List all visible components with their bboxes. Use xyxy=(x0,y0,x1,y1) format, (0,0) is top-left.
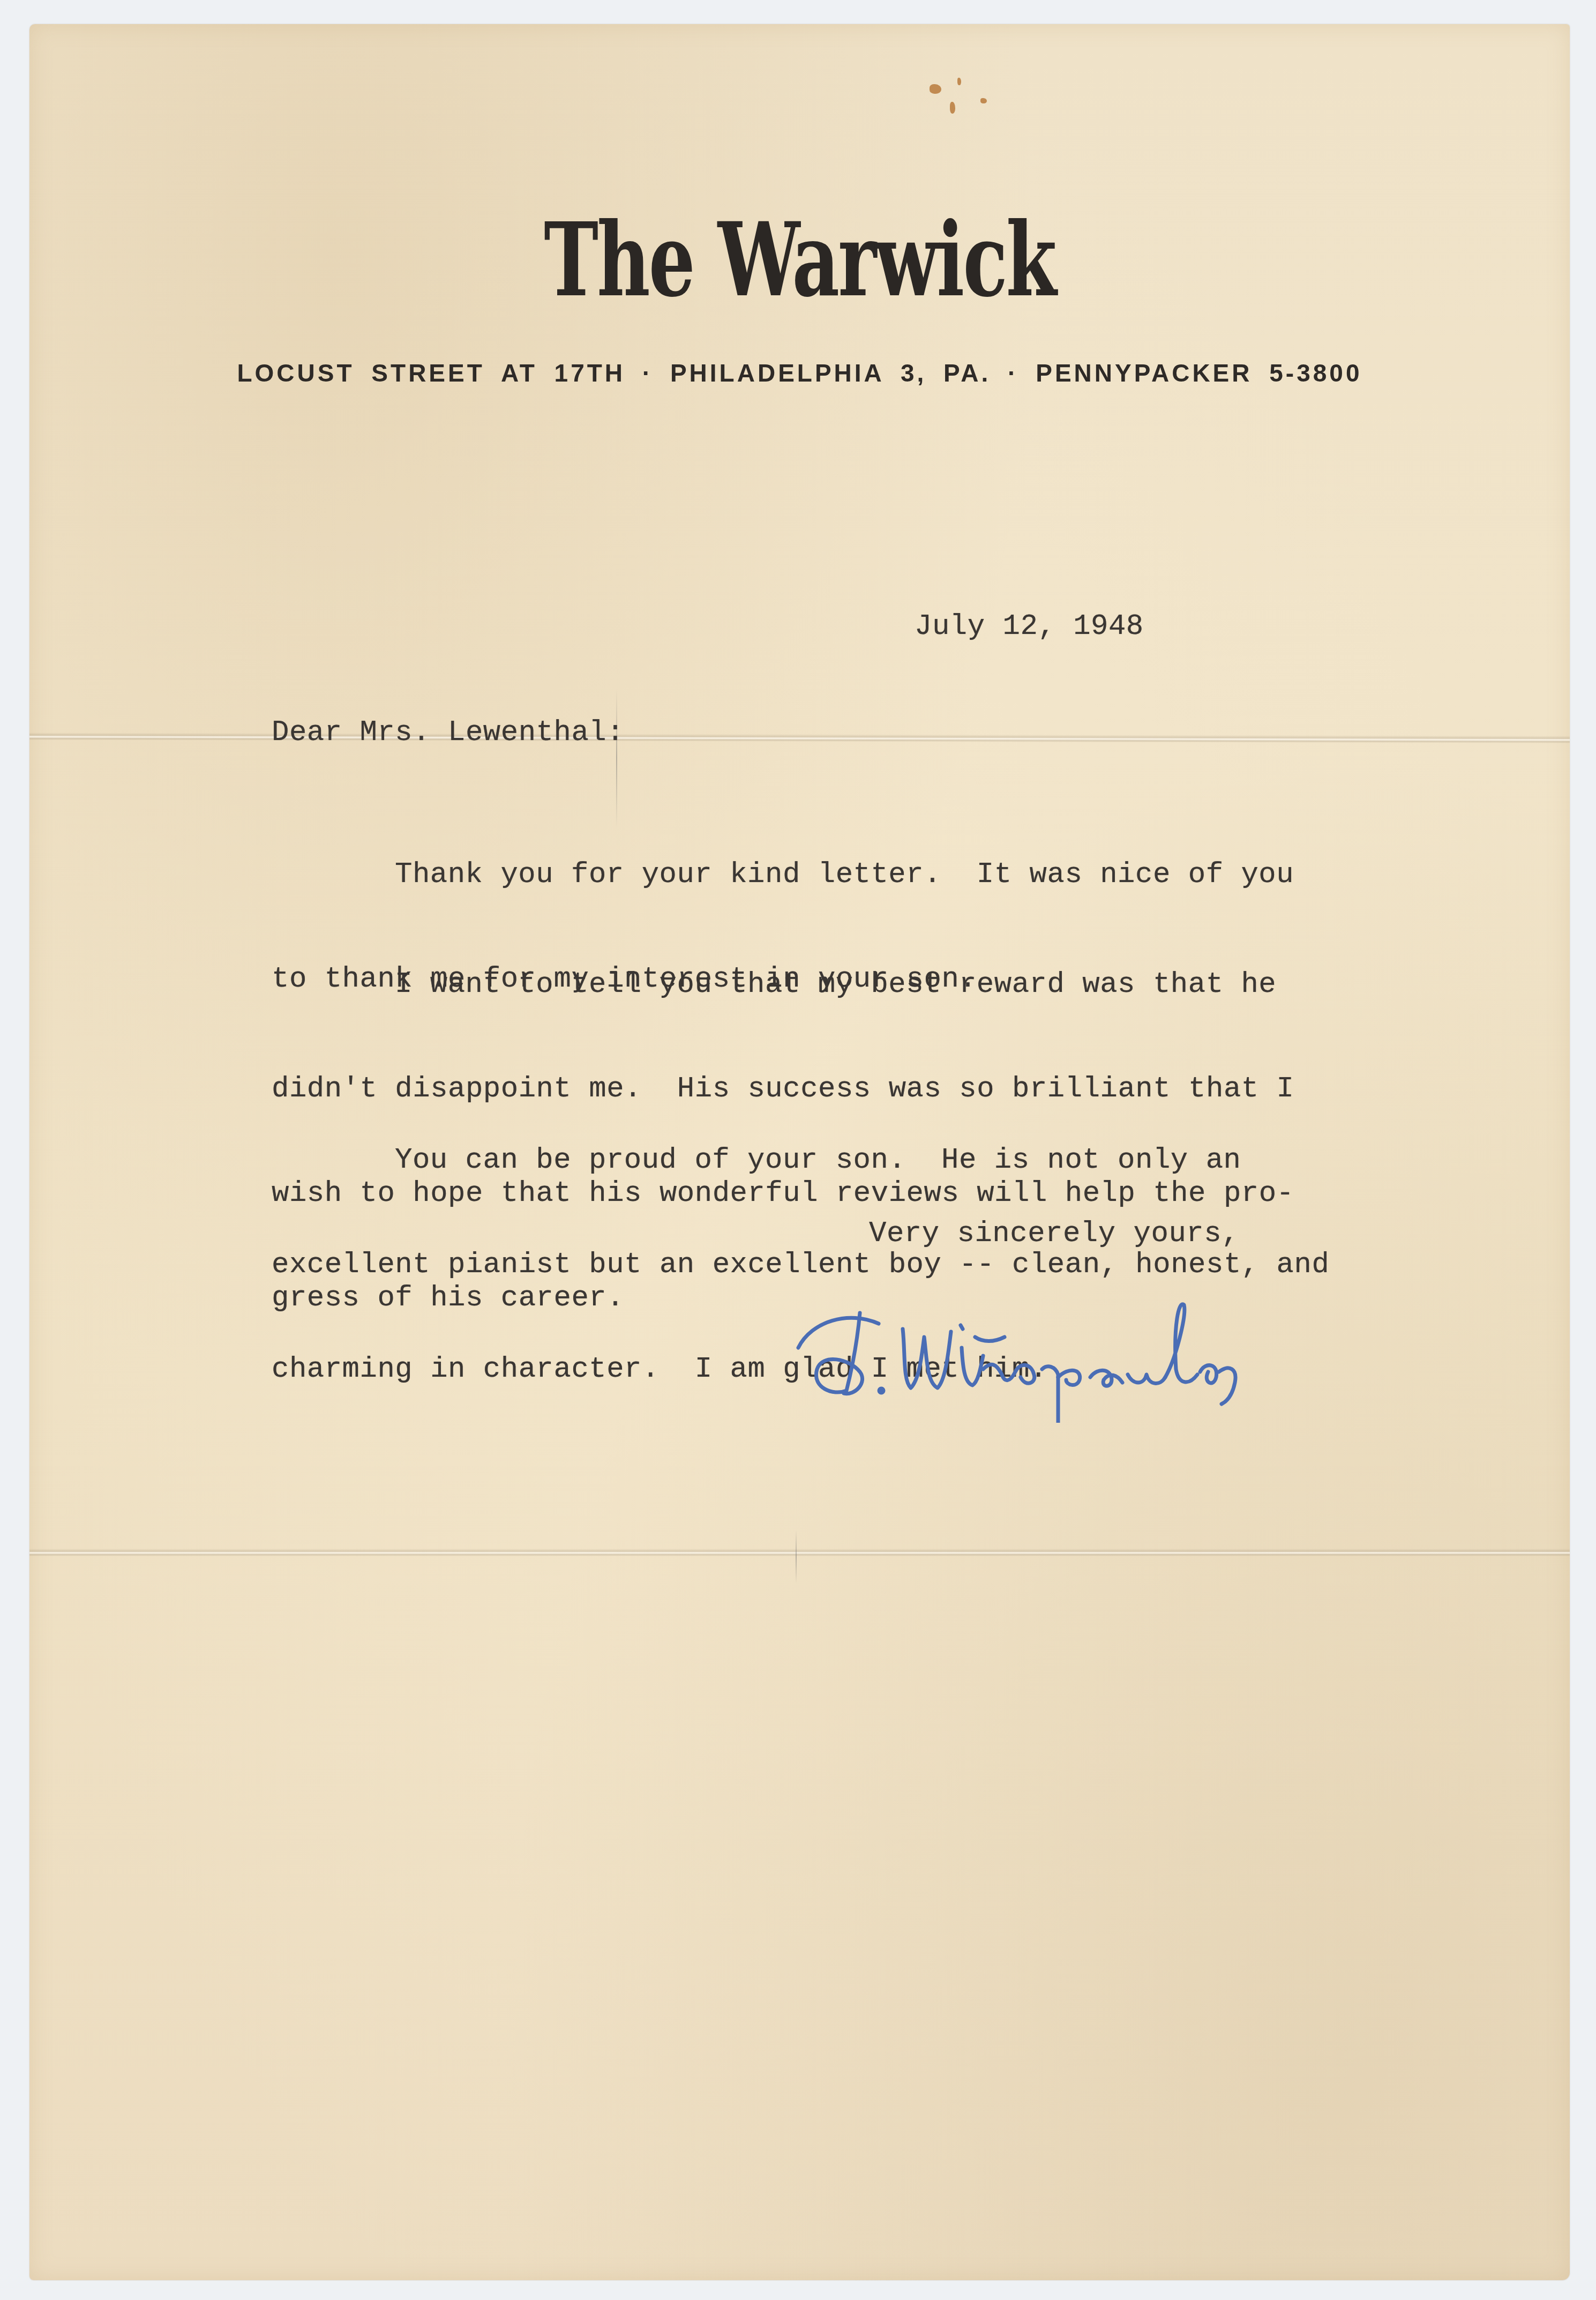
letterhead-address: LOCUST STREET AT 17TH · PHILADELPHIA 3, … xyxy=(29,361,1570,385)
closing: Very sincerely yours, xyxy=(869,1216,1239,1251)
lower-fold-line xyxy=(29,1549,1570,1556)
paragraph-line: Thank you for your kind letter. It was n… xyxy=(272,857,1294,892)
rust-stain xyxy=(980,98,987,103)
letter-paper: The Warwick LOCUST STREET AT 17TH · PHIL… xyxy=(29,24,1570,2280)
paragraph-line: You can be proud of your son. He is not … xyxy=(272,1143,1329,1178)
crease-mark xyxy=(796,1530,797,1584)
rust-stain xyxy=(957,78,961,85)
letter-date: July 12, 1948 xyxy=(915,609,1144,644)
rust-stain xyxy=(950,102,955,114)
letterhead-title: The Warwick xyxy=(245,209,1354,311)
upper-fold-line xyxy=(29,733,1570,743)
salutation: Dear Mrs. Lewenthal: xyxy=(272,715,624,750)
handwritten-signature xyxy=(790,1262,1449,1423)
paragraph-line: I want to tell you that my best reward w… xyxy=(272,967,1294,1002)
rust-stain xyxy=(930,84,941,94)
